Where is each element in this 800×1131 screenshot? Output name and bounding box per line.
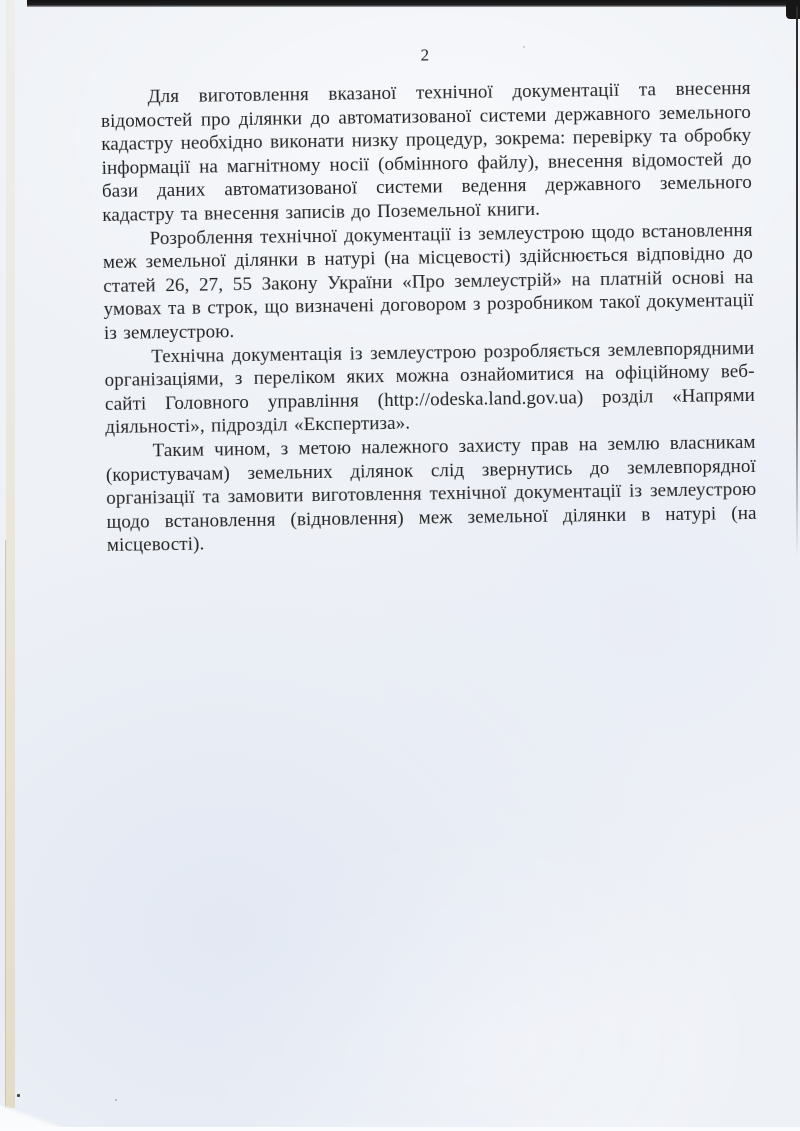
scan-edge-bottom bbox=[0, 1127, 800, 1131]
scanned-document-page: 2 Для виготовлення вказаної технічної до… bbox=[0, 0, 800, 1131]
paragraph-organizations-website: Технічна документація із землеустрою роз… bbox=[104, 336, 755, 439]
page-content: 2 Для виготовлення вказаної технічної до… bbox=[100, 41, 757, 558]
scan-speck bbox=[17, 1094, 20, 1097]
scan-speck bbox=[115, 1099, 117, 1101]
paragraph-conclusion: Таким чином, з метою належного захисту п… bbox=[105, 431, 757, 558]
scan-edge-right-line bbox=[796, 6, 798, 558]
document-body: Для виготовлення вказаної технічної доку… bbox=[101, 77, 758, 558]
scan-edge-left-strip bbox=[6, 0, 15, 1108]
paragraph-development-basis: Розроблення технічної документації із зе… bbox=[102, 218, 754, 345]
page-number: 2 bbox=[100, 41, 750, 70]
scan-edge-left-line bbox=[5, 540, 6, 1108]
scan-edge-top bbox=[27, 0, 800, 7]
paragraph-procedures: Для виготовлення вказаної технічної доку… bbox=[101, 77, 753, 228]
